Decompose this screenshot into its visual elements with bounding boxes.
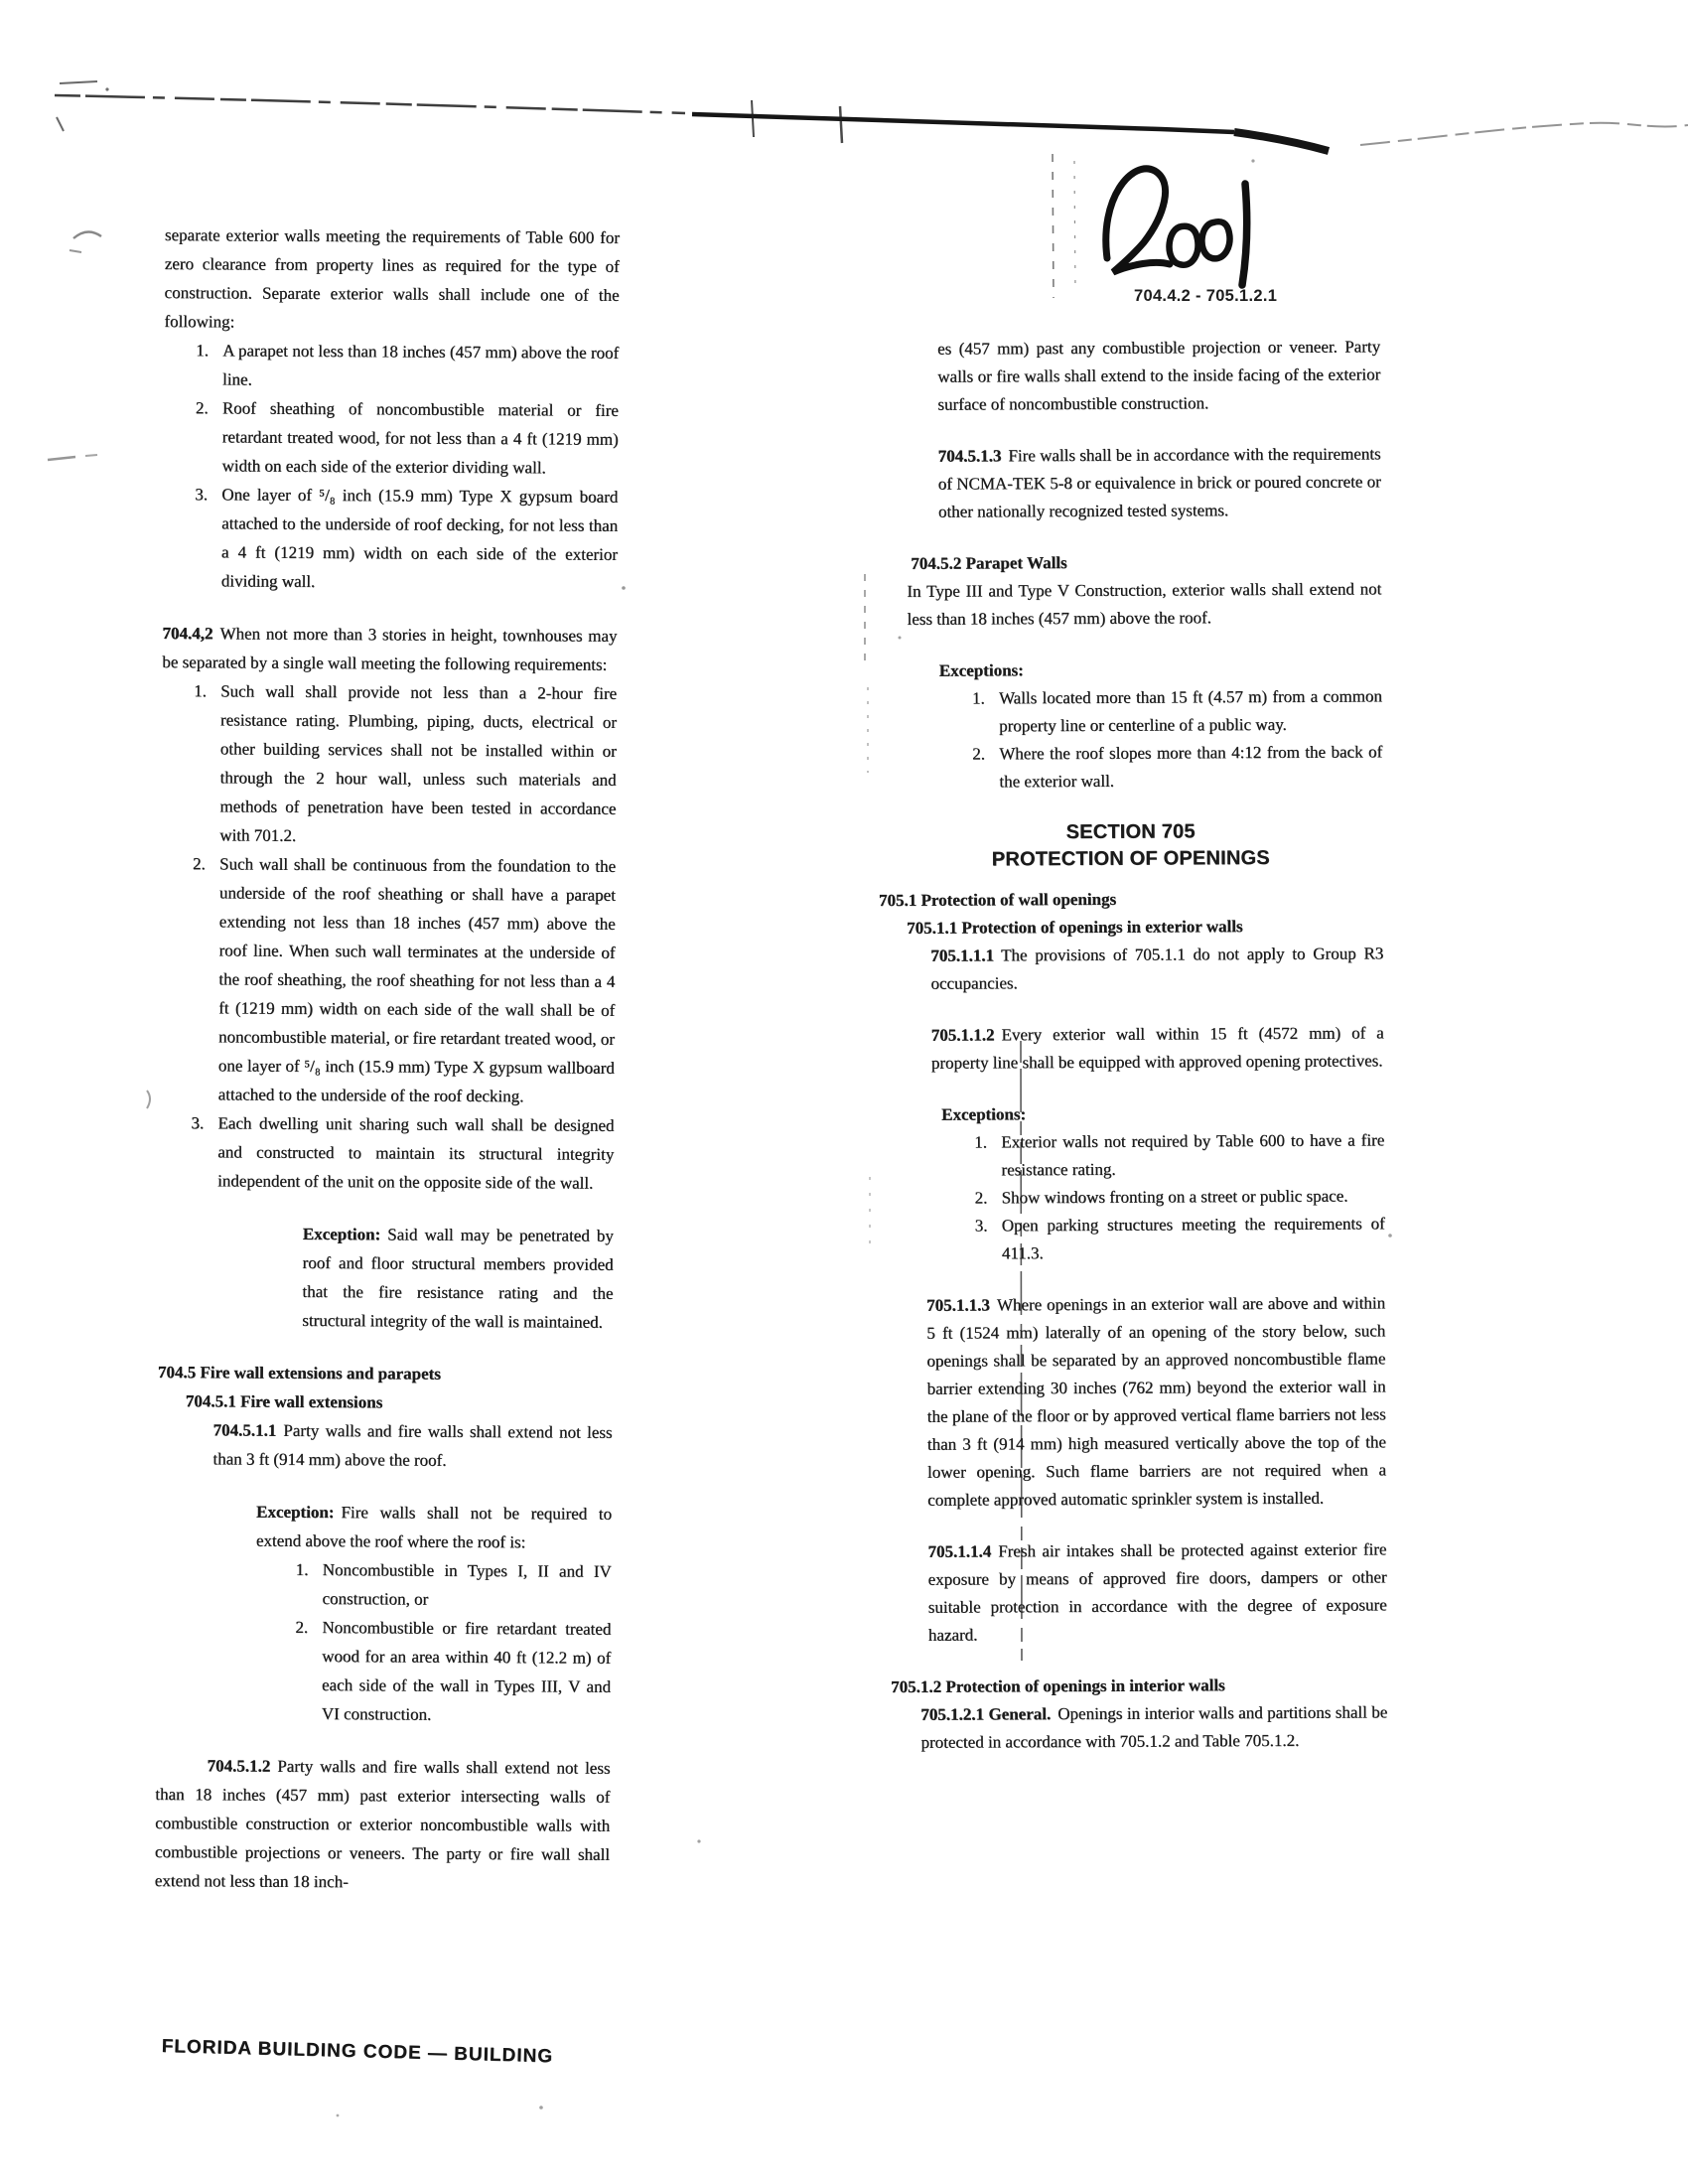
list-item: 3. Each dwelling unit sharing such wall … (191, 1108, 615, 1198)
scan-top-line (55, 95, 685, 113)
list-parapet-exceptions: 1. Walls located more than 15 ft (4.57 m… (972, 682, 1383, 796)
list-item-text: Walls located more than 15 ft (4.57 m) f… (999, 682, 1382, 740)
list-number: 1. (974, 1128, 1001, 1184)
list-number: 1. (196, 336, 222, 393)
list-item-text: Noncombustible in Types I, II and IV con… (322, 1555, 611, 1615)
section-number: 705.1.1.1 (930, 946, 1001, 964)
paragraph-continuation-intro: separate exterior walls meeting the requ… (164, 220, 620, 339)
footer-text: FLORIDA BUILDING CODE — BUILDING (161, 2036, 553, 2068)
list-number: 3. (975, 1212, 1002, 1267)
speck (1388, 1234, 1392, 1238)
paragraph-text: Where openings in an exterior wall are a… (926, 1293, 1386, 1509)
speck (539, 2106, 543, 2110)
handwritten-digit-0 (1201, 221, 1229, 258)
section-number: 704.5.1.2 (207, 1756, 277, 1775)
list-number: 2. (974, 1184, 1001, 1212)
paragraph-704-5-1-3: 704.5.1.3Fire walls shall be in accordan… (938, 440, 1381, 525)
pencil-mark (48, 457, 75, 460)
list-item: 2. Such wall shall be continuous from th… (192, 849, 617, 1111)
paragraph-exception-said-wall: Exception:Said wall may be penetrated by… (302, 1220, 614, 1337)
paragraph-705-1-1-4: 705.1.1.4Fresh air intakes shall be prot… (927, 1535, 1387, 1649)
exception-label: Exception: (256, 1503, 342, 1523)
paragraph-text: When not more than 3 stories in height, … (162, 624, 617, 673)
paragraph-704-5-1-2: 704.5.1.2Party walls and fire walls shal… (155, 1751, 611, 1898)
list-item: 2. Roof sheathing of noncombustible mate… (195, 393, 619, 483)
list-item: 1. A parapet not less than 18 inches (45… (196, 336, 619, 396)
list-item: 1. Walls located more than 15 ft (4.57 m… (972, 682, 1382, 740)
pencil-mark (147, 1091, 150, 1108)
handwritten-digit-2 (1106, 169, 1170, 272)
list-item-text: Show windows fronting on a street or pub… (1001, 1182, 1384, 1212)
list-item-text: Exterior walls not required by Table 600… (1001, 1126, 1384, 1184)
right-column: es (457 mm) past any combustible project… (876, 333, 1387, 1757)
list-number: 3. (195, 480, 222, 595)
list-item-text: Such wall shall be continuous from the f… (218, 849, 617, 1110)
page-header-ref: 704.4.2 - 705.1.2.1 (1134, 287, 1277, 306)
tick-mark (752, 100, 754, 137)
paragraph-705-1-2-1: 705.1.2.1 General.Openings in interior w… (920, 1698, 1387, 1756)
tick-mark (840, 106, 842, 143)
paragraph-exception-fire-walls: Exception:Fire walls shall not be requir… (256, 1498, 612, 1557)
section-number: 704.4,2 (162, 624, 219, 643)
heading-704-5: 704.5 Fire wall extensions and parapets (158, 1358, 613, 1389)
handwritten-digit-0 (1170, 226, 1198, 265)
list-item: 1. Exterior walls not required by Table … (974, 1126, 1384, 1184)
speck (105, 87, 108, 90)
paragraph-704-4-2: 704.4,2When not more than 3 stories in h… (162, 619, 617, 679)
section-705-line2: PROTECTION OF OPENINGS (879, 844, 1383, 874)
section-number: 705.1.1.2 (931, 1025, 1002, 1044)
list-number: 2. (192, 849, 220, 1108)
handwritten-year (1106, 169, 1247, 285)
exceptions-label: Exceptions: (939, 655, 1382, 684)
list-opening-exceptions: 1. Exterior walls not required by Table … (974, 1126, 1385, 1267)
list-roof-exceptions: 1. Noncombustible in Types I, II and IV … (295, 1555, 612, 1730)
paragraph-704-5-2-body: In Type III and Type V Construction, ext… (907, 575, 1381, 634)
section-number: 705.1.2.1 General. (920, 1704, 1057, 1724)
list-item-text: Roof sheathing of noncombustible materia… (221, 393, 619, 482)
section-705-line1: SECTION 705 (879, 817, 1383, 847)
speck (697, 1839, 700, 1842)
list-item-text: One layer of ⁵/₈ inch (15.9 mm) Type X g… (221, 480, 619, 597)
list-number: 2. (195, 393, 222, 480)
section-number: 705.1.1.3 (926, 1295, 997, 1314)
list-item: 2. Show windows fronting on a street or … (974, 1182, 1384, 1212)
paragraph-705-1-1-3: 705.1.1.3Where openings in an exterior w… (926, 1289, 1386, 1514)
pencil-mark (70, 250, 81, 252)
heading-705-1-1: 705.1.1 Protection of openings in exteri… (907, 912, 1383, 943)
scan-top-line-heavy (692, 114, 1234, 132)
paragraph-705-1-1-1: 705.1.1.1The provisions of 705.1.1 do no… (930, 940, 1383, 997)
scan-top-line-faint (1360, 123, 1688, 145)
pencil-mark (73, 231, 101, 238)
section-number: 704.5.1.3 (938, 446, 1009, 465)
paragraph-continuation-es: es (457 mm) past any combustible project… (937, 333, 1380, 418)
list-exterior-wall-options: 1. A parapet not less than 18 inches (45… (195, 336, 620, 598)
list-item: 1. Noncombustible in Types I, II and IV … (295, 1555, 611, 1615)
corner-mark (57, 117, 64, 131)
section-number: 705.1.1.4 (927, 1541, 998, 1560)
speck (337, 2114, 340, 2117)
paragraph-705-1-1-2: 705.1.1.2Every exterior wall within 15 f… (931, 1019, 1384, 1077)
left-column: separate exterior walls meeting the requ… (155, 220, 620, 1898)
heading-705-1-2: 705.1.2 Protection of openings in interi… (891, 1671, 1387, 1701)
scan-top-line-end (1234, 132, 1329, 151)
speck (622, 586, 626, 590)
list-item-text: Where the roof slopes more than 4:12 fro… (999, 738, 1382, 796)
speck (1251, 159, 1254, 162)
list-item-text: Such wall shall provide not less than a … (219, 676, 617, 851)
list-item: 1. Such wall shall provide not less than… (193, 676, 617, 852)
fold-mark (1053, 154, 1054, 298)
list-number: 2. (972, 740, 999, 796)
list-number: 2. (295, 1613, 323, 1728)
pencil-mark (85, 455, 97, 456)
handwritten-digit-1 (1242, 184, 1247, 285)
list-item: 2. Noncombustible or fire retardant trea… (295, 1613, 612, 1730)
list-item: 3. One layer of ⁵/₈ inch (15.9 mm) Type … (195, 480, 619, 598)
fold-mark (1074, 161, 1075, 293)
section-705-heading: SECTION 705 PROTECTION OF OPENINGS (879, 817, 1383, 874)
section-number: 704.5.1.1 (213, 1420, 284, 1439)
list-item-text: Each dwelling unit sharing such wall sha… (217, 1108, 615, 1197)
list-townhouse-wall-requirements: 1. Such wall shall provide not less than… (191, 676, 617, 1198)
list-item-text: Open parking structures meeting the requ… (1002, 1210, 1385, 1267)
paragraph-text: Party walls and fire walls shall extend … (155, 1757, 611, 1891)
list-number: 3. (191, 1108, 218, 1195)
heading-705-1: 705.1 Protection of wall openings (879, 884, 1383, 915)
corner-mark (60, 81, 97, 83)
paragraph-704-5-1-1: 704.5.1.1Party walls and fire walls shal… (212, 1415, 612, 1475)
list-item: 2. Where the roof slopes more than 4:12 … (972, 738, 1382, 796)
exceptions-label: Exceptions: (941, 1098, 1384, 1128)
heading-704-5-1: 704.5.1 Fire wall extensions (186, 1386, 613, 1418)
list-number: 1. (193, 676, 220, 849)
list-number: 1. (972, 684, 999, 740)
list-item-text: Noncombustible or fire retardant treated… (322, 1613, 612, 1730)
list-item: 3. Open parking structures meeting the r… (975, 1210, 1385, 1267)
exception-label: Exception: (303, 1225, 388, 1244)
list-item-text: A parapet not less than 18 inches (457 m… (222, 336, 619, 395)
heading-704-5-2: 704.5.2 Parapet Walls (911, 547, 1381, 577)
list-number: 1. (295, 1555, 322, 1613)
